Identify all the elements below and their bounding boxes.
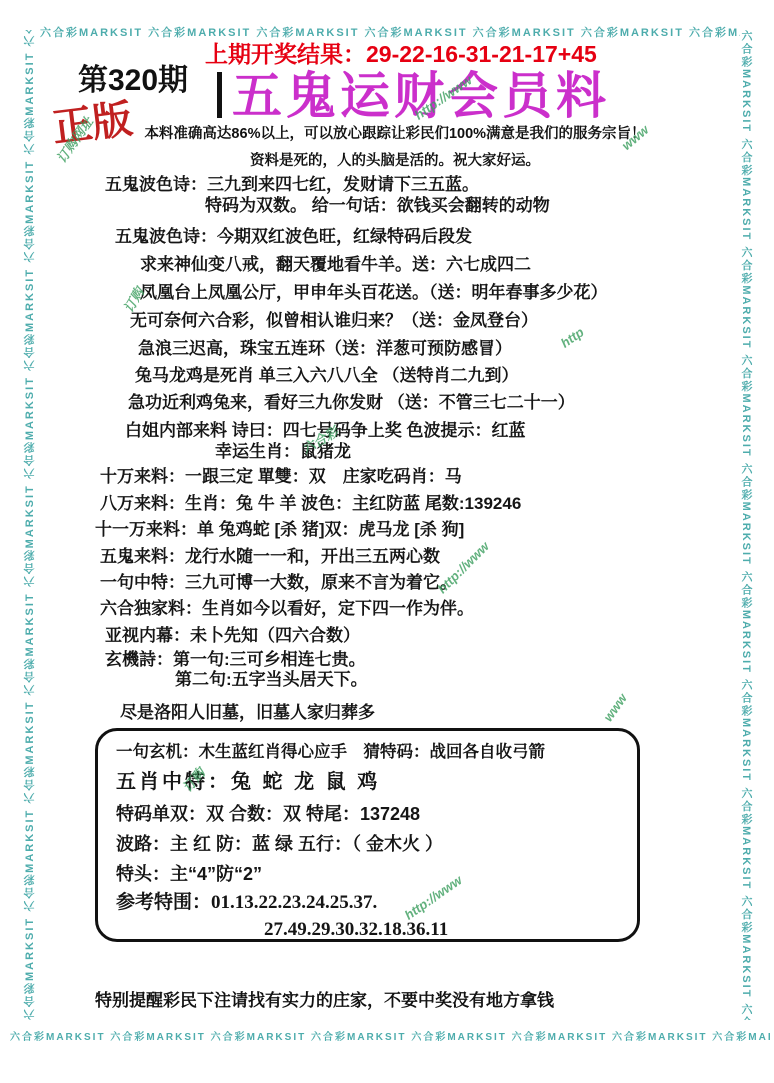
tip-line: 求来神仙变八戒，翻天覆地看牛羊。送：六七成四二 — [140, 250, 531, 275]
box-line-mystery: 一句玄机：木生蓝红肖得心应手 猜特码：战回各自收弓箭 — [116, 739, 619, 765]
box-line-ref-numbers-1: 参考特围：01.13.22.23.24.25.37. — [116, 889, 619, 916]
page-title: 五鬼运财会员料 — [232, 56, 610, 128]
box-line-head: 特头：主“4”防“2” — [116, 859, 619, 889]
tip-line: 亚视内幕：未卜先知（四六合数） — [105, 621, 360, 646]
tip-line: 五鬼波色诗：今期双红波色旺，红绿特码后段发 — [115, 222, 472, 247]
tip-line: 急浪三迟高，珠宝五连环（送：洋葱可预防感冒） — [138, 334, 512, 359]
box-line-odd-even: 特码单双：双 合数：双 特尾：137248 — [116, 799, 619, 829]
tip-line: 十一万来料：单 兔鸡蛇 [杀 猪]双：虎马龙 [杀 狗] — [95, 515, 464, 540]
box-line-ref-numbers-2: 27.49.29.30.32.18.36.11 — [116, 916, 619, 943]
box-line-five-zodiac: 五肖中特：兔 蛇 龙 鼠 鸡 — [116, 765, 619, 799]
tip-line: 急功近利鸡兔来，看好三九你发财 （送：不管三七二十一） — [128, 388, 575, 413]
green-watermark: http — [558, 324, 587, 350]
tip-line: 五鬼来料：龙行水随一一和，开出三五两心数 — [100, 542, 440, 567]
footer-reminder: 特别提醒彩民下注请找有实力的庄家，不要中奖没有地方拿钱 — [95, 986, 554, 1011]
prediction-box: 一句玄机：木生蓝红肖得心应手 猜特码：战回各自收弓箭 五肖中特：兔 蛇 龙 鼠 … — [95, 728, 640, 942]
accuracy-slogan: 本料准确高达86%以上，可以放心跟踪让彩民们100%满意是我们的服务宗旨！ — [110, 122, 680, 143]
tip-line: 八万来料：生肖：兔 牛 羊 波色：主红防蓝 尾数:139246 — [100, 489, 521, 514]
luck-slogan: 资料是死的，人的头脑是活的。祝大家好运。 — [110, 149, 680, 170]
green-watermark: www — [600, 691, 630, 724]
tip-line: 兔马龙鸡是死肖 单三入六八八全 （送特肖二九到） — [135, 361, 518, 386]
box-line-wave-path: 波路：主 红 防：蓝 绿 五行：（ 金木火 ） — [116, 829, 619, 859]
border-watermark-right: 六合彩MARKSIT 六合彩MARKSIT 六合彩MARKSIT 六合彩MARK… — [738, 30, 754, 1020]
title-divider-bar — [217, 72, 222, 118]
tip-line: 六合独家料：生肖如今以看好，定下四一作为伴。 — [100, 594, 474, 619]
edition-stamp: 正版 — [49, 87, 135, 153]
tip-line: 一句中特：三九可博一大数，原来不言为着它。 — [100, 568, 457, 593]
lottery-tip-sheet: 六合彩MARKSIT 六合彩MARKSIT 六合彩MARKSIT 六合彩MARK… — [0, 0, 774, 1083]
tip-line: 尽是洛阳人旧墓，旧墓人家归葬多 — [120, 698, 375, 723]
tip-line: 凤凰台上凤凰公厅，甲申年头百花送。（送：明年春事多少花） — [140, 278, 608, 303]
tip-line: 幸运生肖：鼠猪龙 — [215, 437, 351, 462]
tip-line: 第二句:五字当头居天下。 — [175, 665, 368, 690]
tip-line: 十万来料：一跟三定 單雙：双 庄家吃码肖：马 — [100, 462, 462, 487]
border-watermark-bottom: 六合彩MARKSIT 六合彩MARKSIT 六合彩MARKSIT 六合彩MARK… — [10, 1028, 770, 1044]
tip-line: 无可奈何六合彩，似曾相认谁归来？（送：金凤登台） — [130, 306, 538, 331]
border-watermark-left: 六合彩MARKSIT 六合彩MARKSIT 六合彩MARKSIT 六合彩MARK… — [22, 30, 38, 1020]
tip-line: 特码为双数。 给一句话：欲钱买会翻转的动物 — [205, 191, 550, 216]
